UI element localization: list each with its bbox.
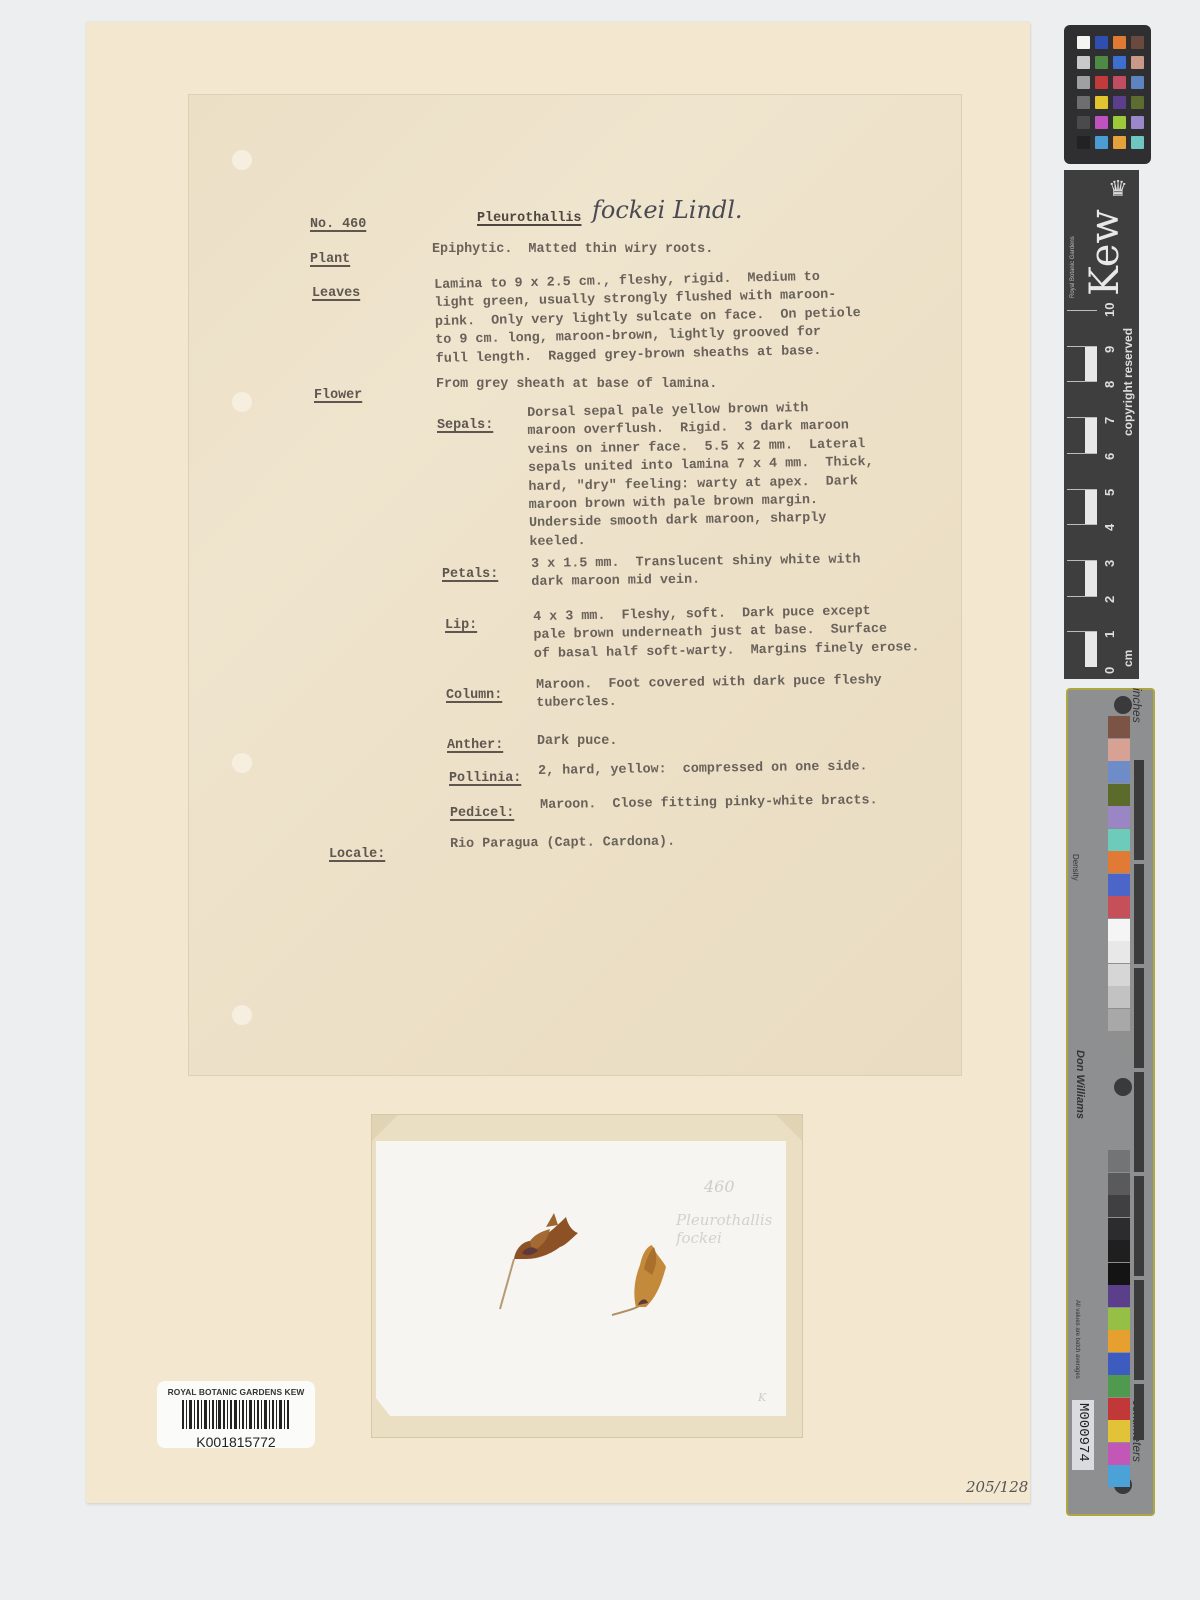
cm-tick-label: 10 xyxy=(1102,303,1117,317)
color-patch xyxy=(1095,116,1108,129)
color-patch xyxy=(1095,136,1108,149)
density-patch xyxy=(1108,1443,1130,1465)
punch-hole xyxy=(232,753,252,773)
cm-segment xyxy=(1067,310,1097,346)
cm-tick-label: 6 xyxy=(1102,453,1117,460)
color-patch xyxy=(1095,36,1108,49)
cm-tick-label: 9 xyxy=(1102,345,1117,352)
density-patch xyxy=(1108,941,1130,963)
cm-unit: cm xyxy=(1121,650,1135,667)
punch-hole xyxy=(232,1005,252,1025)
species-handwritten: fockei Lindl. xyxy=(592,196,743,224)
cm-segment xyxy=(1067,524,1097,560)
punch-hole xyxy=(232,392,252,412)
cm-tick-label: 1 xyxy=(1102,631,1117,638)
density-patch xyxy=(1108,806,1130,828)
density-patch xyxy=(1108,1375,1130,1397)
color-patch xyxy=(1095,56,1108,69)
cm-segment xyxy=(1067,453,1097,489)
kew-cm-scale: ♛ Kew Royal Botanic Gardens copyright re… xyxy=(1064,170,1139,679)
part-label-anther: Anther: xyxy=(447,737,503,755)
field-label-locale: Locale: xyxy=(329,846,385,864)
specimen-envelope: 460 Pleurothallis fockei K xyxy=(372,1115,802,1437)
density-patch xyxy=(1108,964,1130,986)
density-patch xyxy=(1108,1150,1130,1172)
density-patch xyxy=(1108,1195,1130,1217)
density-patch xyxy=(1108,1465,1130,1487)
kew-subtitle: Royal Botanic Gardens xyxy=(1070,236,1076,298)
cm-segment xyxy=(1067,417,1097,453)
cm-tick-label: 8 xyxy=(1102,381,1117,388)
inch-ruler xyxy=(1134,760,1144,1440)
part-label-pedicel: Pedicel: xyxy=(450,805,514,823)
sheet-annotation: 205/128 xyxy=(966,1478,1028,1496)
cm-tick-label: 3 xyxy=(1102,560,1117,567)
barcode-icon xyxy=(182,1400,290,1429)
density-patch xyxy=(1108,716,1130,738)
part-value-petals: 3 x 1.5 mm. Translucent shiny white with… xyxy=(531,551,861,592)
density-patch xyxy=(1108,851,1130,873)
color-patch xyxy=(1113,36,1126,49)
cm-tick-label: 0 xyxy=(1102,667,1117,674)
color-patch xyxy=(1077,96,1090,109)
cm-tick-label: 5 xyxy=(1102,488,1117,495)
color-patch xyxy=(1131,76,1144,89)
cm-tick-label: 7 xyxy=(1102,417,1117,424)
cm-tick-label: 4 xyxy=(1102,524,1117,531)
catalog-number: No. 460 xyxy=(310,216,366,234)
color-patch xyxy=(1077,36,1090,49)
crest-icon: ♛ xyxy=(1106,176,1130,206)
density-patch xyxy=(1108,1353,1130,1375)
field-label-leaves: Leaves xyxy=(312,285,360,303)
color-patch xyxy=(1113,96,1126,109)
field-value-flower: From grey sheath at base of lamina. xyxy=(436,376,717,394)
density-patch xyxy=(1108,1398,1130,1420)
density-patch xyxy=(1108,1263,1130,1285)
color-patch xyxy=(1113,56,1126,69)
part-value-sepals: Dorsal sepal pale yellow brown withmaroo… xyxy=(527,399,875,552)
kew-logo: Kew xyxy=(1082,209,1128,296)
cm-segment xyxy=(1067,560,1097,596)
color-patch xyxy=(1113,116,1126,129)
color-checker xyxy=(1064,25,1151,164)
density-patch xyxy=(1108,1173,1130,1195)
part-label-column: Column: xyxy=(446,687,502,705)
cm-tick-label: 2 xyxy=(1102,595,1117,602)
density-patch xyxy=(1108,784,1130,806)
density-patch xyxy=(1108,986,1130,1008)
field-value-plant: Epiphytic. Matted thin wiry roots. xyxy=(432,241,713,259)
part-value-lip: 4 x 3 mm. Fleshy, soft. Dark puce except… xyxy=(533,602,920,664)
density-patch xyxy=(1108,1031,1130,1053)
density-patch xyxy=(1108,761,1130,783)
color-patch xyxy=(1077,56,1090,69)
color-patch xyxy=(1077,116,1090,129)
density-patch xyxy=(1108,1009,1130,1031)
field-label-plant: Plant xyxy=(310,251,350,269)
cm-segment xyxy=(1067,596,1097,632)
barcode-label: ROYAL BOTANIC GARDENS KEW K001815772 xyxy=(157,1381,315,1448)
density-patch xyxy=(1108,1285,1130,1307)
density-label: Density xyxy=(1071,854,1080,881)
batch-note: All values are batch averages xyxy=(1074,1300,1080,1379)
color-patch xyxy=(1131,56,1144,69)
color-patch xyxy=(1131,116,1144,129)
dried-flower-specimen xyxy=(486,1211,716,1321)
density-patch xyxy=(1108,896,1130,918)
field-value-locale: Rio Paragua (Capt. Cardona). xyxy=(450,834,675,855)
color-patch xyxy=(1095,76,1108,89)
density-patch xyxy=(1108,1240,1130,1262)
reference-code-label: M000974 xyxy=(1072,1400,1094,1470)
part-label-pollinia: Pollinia: xyxy=(449,770,521,788)
density-patch xyxy=(1108,1218,1130,1240)
part-value-anther: Dark puce. xyxy=(537,733,617,751)
institution-name: ROYAL BOTANIC GARDENS KEW xyxy=(157,1387,315,1397)
density-patch xyxy=(1108,874,1130,896)
density-color-scale: inches centimeters Don Williams Density … xyxy=(1066,688,1155,1516)
brand-label: Don Williams xyxy=(1074,1050,1086,1119)
part-label-petals: Petals: xyxy=(442,566,498,584)
cm-segment xyxy=(1067,346,1097,382)
color-patch xyxy=(1095,96,1108,109)
color-patch xyxy=(1113,136,1126,149)
cm-segment xyxy=(1067,381,1097,417)
density-patch xyxy=(1108,1308,1130,1330)
cm-segment xyxy=(1067,631,1097,667)
envelope-number: 460 xyxy=(704,1177,735,1196)
field-value-leaves: Lamina to 9 x 2.5 cm., fleshy, rigid. Me… xyxy=(434,268,862,369)
inches-label: inches xyxy=(1130,688,1144,723)
envelope-flap xyxy=(372,1115,398,1141)
density-patch xyxy=(1108,1420,1130,1442)
punch-hole xyxy=(232,150,252,170)
density-patch xyxy=(1108,919,1130,941)
color-patch xyxy=(1131,96,1144,109)
part-label-sepals: Sepals: xyxy=(437,417,493,435)
barcode-number: K001815772 xyxy=(157,1434,315,1450)
copyright-text: copyright reserved xyxy=(1121,328,1135,436)
density-patch xyxy=(1108,1330,1130,1352)
part-label-lip: Lip: xyxy=(445,617,477,635)
density-patch xyxy=(1108,739,1130,761)
part-value-column: Maroon. Foot covered with dark puce fles… xyxy=(536,672,882,714)
color-patch xyxy=(1131,36,1144,49)
color-patch xyxy=(1113,76,1126,89)
color-patch xyxy=(1131,136,1144,149)
cm-ruler xyxy=(1067,310,1097,667)
envelope-corner-mark: K xyxy=(758,1391,766,1404)
specimen-card: 460 Pleurothallis fockei K xyxy=(376,1141,786,1416)
color-patch xyxy=(1077,136,1090,149)
cm-segment xyxy=(1067,489,1097,525)
scale-hole xyxy=(1114,1078,1132,1096)
density-patch xyxy=(1108,829,1130,851)
field-label-flower: Flower xyxy=(314,387,362,405)
color-patch xyxy=(1077,76,1090,89)
envelope-flap xyxy=(776,1115,802,1141)
genus-title: Pleurothallis xyxy=(477,210,581,228)
